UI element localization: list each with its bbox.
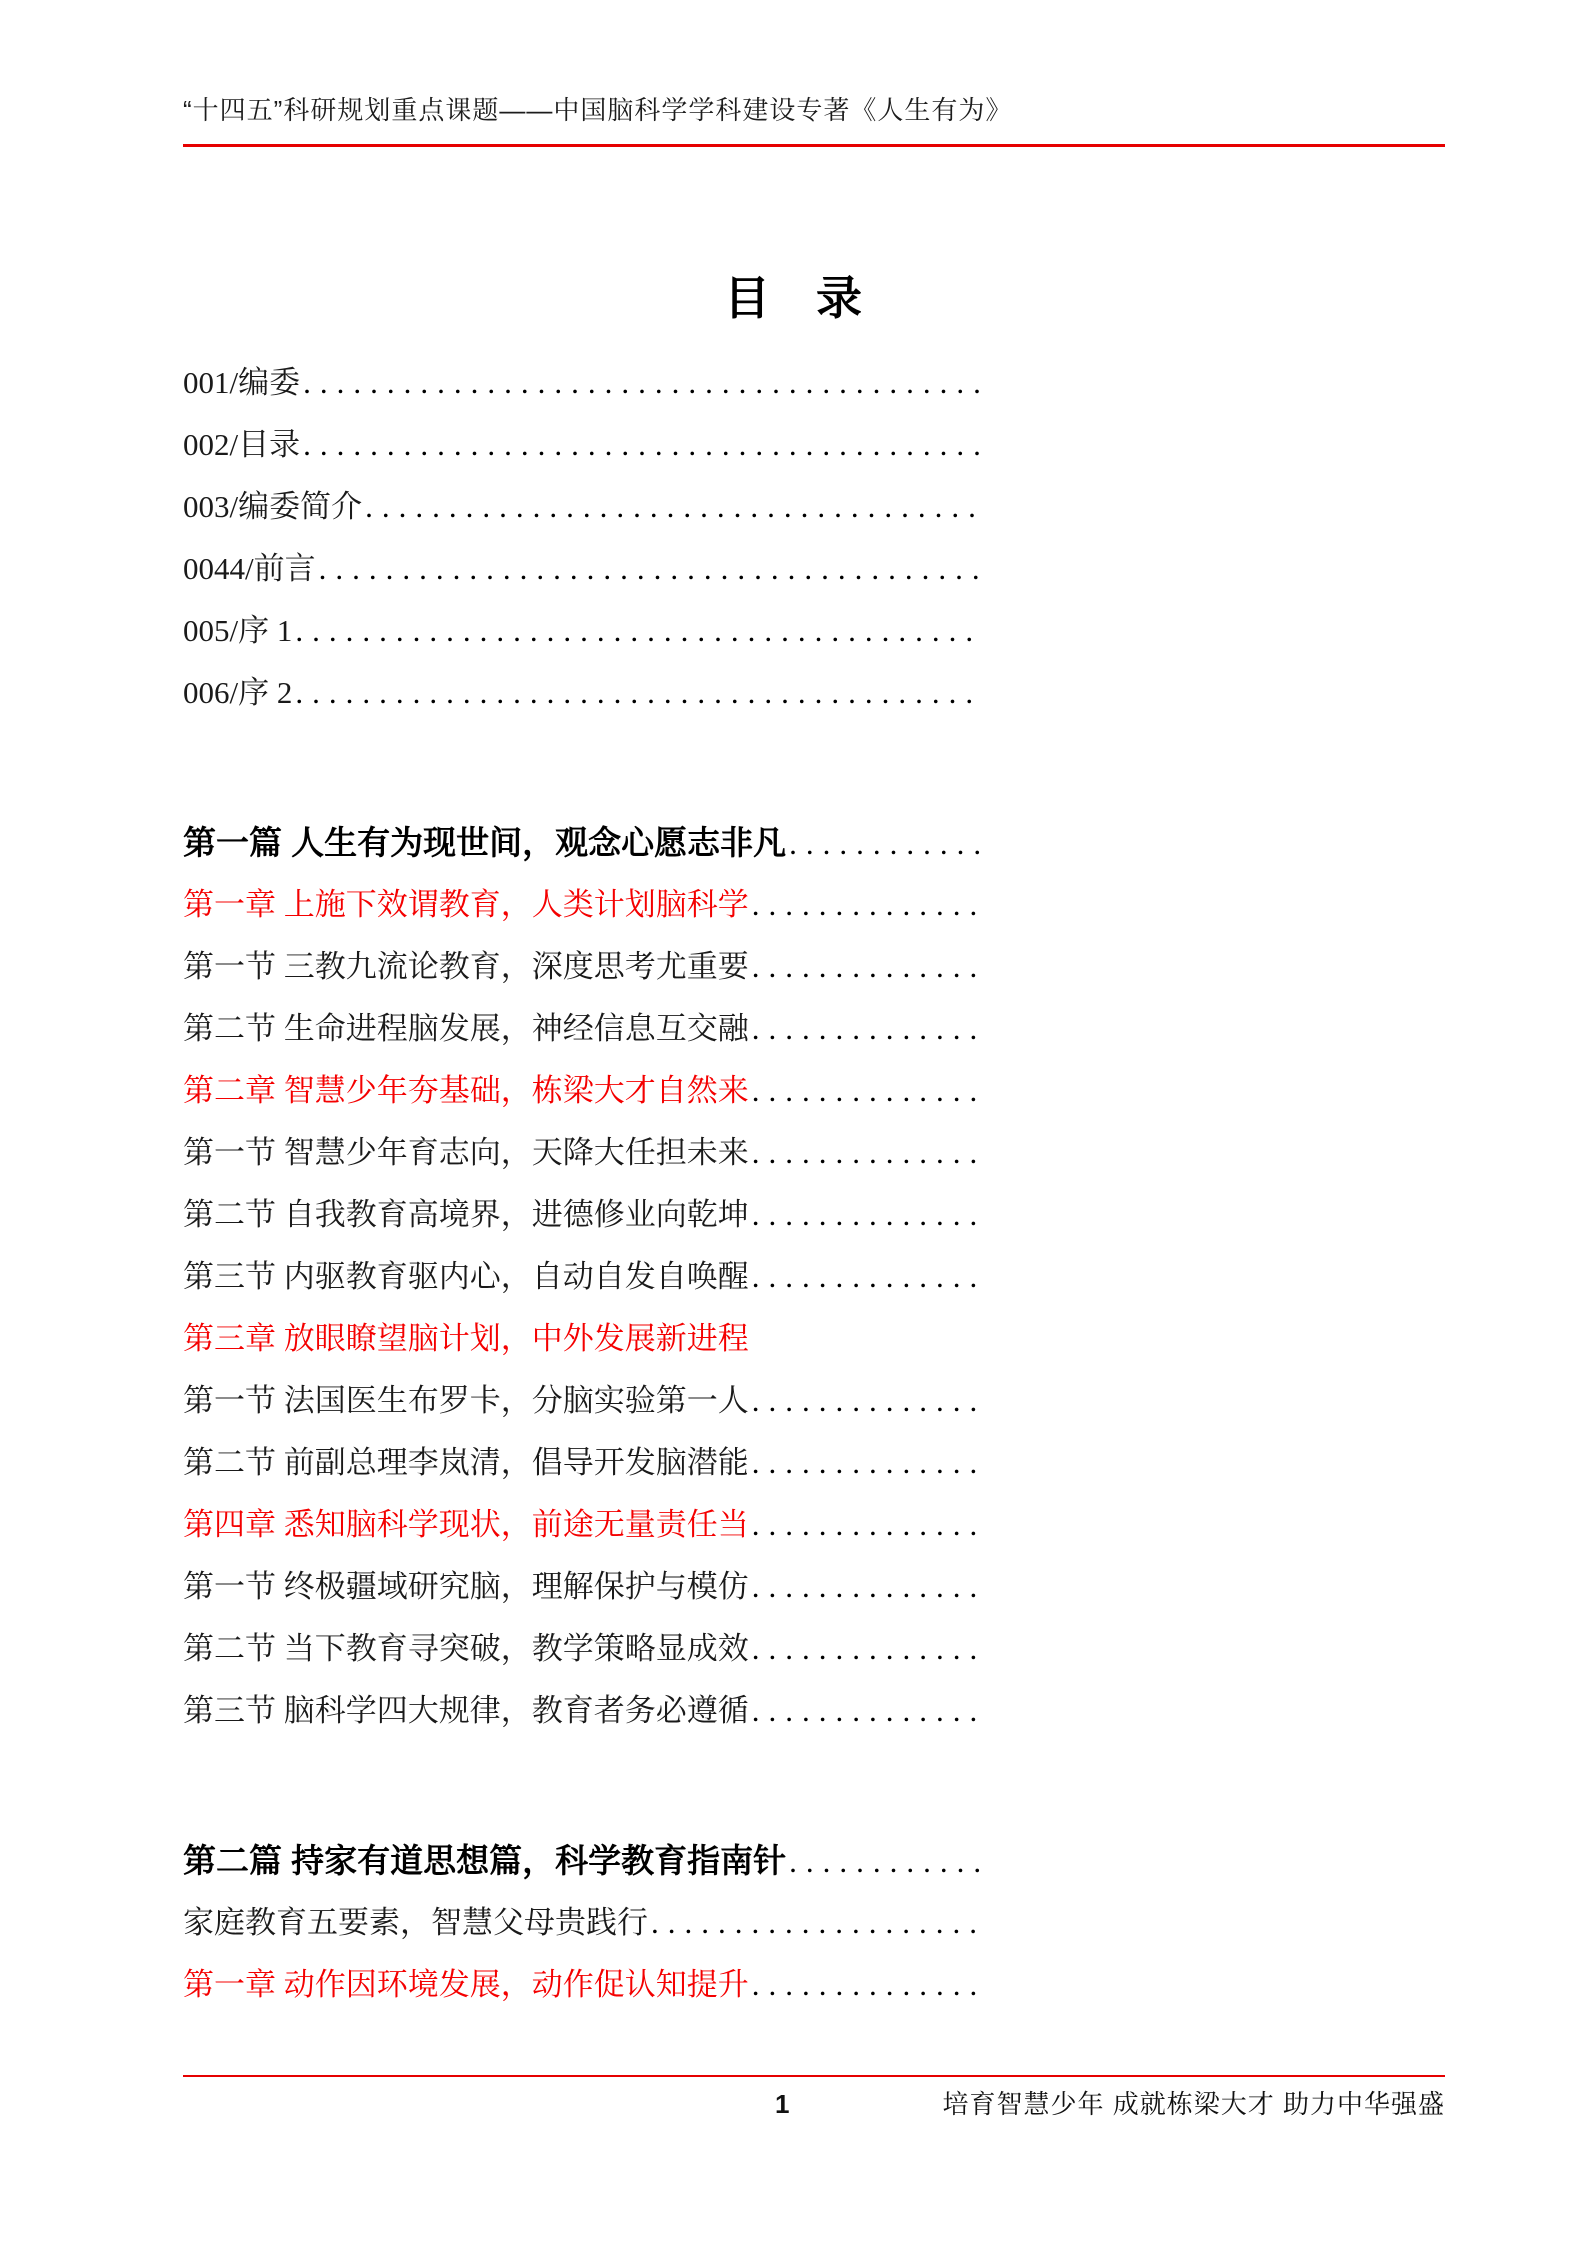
dot-leader: ........................................… [648, 1892, 983, 1954]
page-header: “十四五”科研规划重点课题——中国脑科学学科建设专著《人生有为》 [183, 0, 1445, 147]
toc-entry[interactable]: 003/编委简介................................… [183, 476, 983, 538]
toc-entry-text: 第一节 智慧少年育志向，天降大任担未来 [183, 1122, 749, 1184]
toc-entry-text: 006/序 2 [183, 662, 292, 724]
toc-entry[interactable]: 第三节 脑科学四大规律，教育者务必遵循.....................… [183, 1680, 983, 1742]
dot-leader: ........................................… [749, 1954, 983, 2016]
toc-entry-text: 第四章 悉知脑科学现状，前途无量责任当 [183, 1494, 749, 1556]
toc-entry-text: 第一篇 人生有为现世间，观念心愿志非凡 [183, 812, 786, 874]
toc-entry-text: 002/目录 [183, 414, 300, 476]
toc-entry-text: 第一节 终极疆域研究脑，理解保护与模仿 [183, 1556, 749, 1618]
header-rule [183, 144, 1445, 147]
toc-entry[interactable]: 家庭教育五要素，智慧父母贵践行.........................… [183, 1892, 983, 1954]
toc-entry-text: 第二篇 持家有道思想篇，科学教育指南针 [183, 1830, 786, 1892]
toc-entry[interactable]: 第一节 终极疆域研究脑，理解保护与模仿.....................… [183, 1556, 983, 1618]
toc-entry[interactable]: 005/序 1.................................… [183, 600, 983, 662]
dot-leader: ........................................… [749, 874, 983, 936]
toc-entry[interactable]: 第一章 上施下效谓教育，人类计划脑科学.....................… [183, 874, 983, 936]
toc-entry-text: 第一节 三教九流论教育，深度思考尤重要 [183, 936, 749, 998]
dot-leader: ........................................… [749, 1432, 983, 1494]
dot-leader: ........................................… [749, 1556, 983, 1618]
page-number: 1 [775, 2087, 789, 2121]
toc-entry-text: 005/序 1 [183, 600, 292, 662]
toc-entry[interactable]: 第一篇 人生有为现世间，观念心愿志非凡.....................… [183, 812, 983, 874]
page-footer: 1 培育智慧少年 成就栋梁大才 助力中华强盛 [183, 2075, 1445, 2121]
dot-leader: ........................................… [749, 1060, 983, 1122]
dot-leader: ........................................… [292, 600, 983, 662]
toc-entry-text: 第二节 前副总理李岚清，倡导开发脑潜能 [183, 1432, 749, 1494]
dot-leader: ........................................… [300, 414, 983, 476]
dot-leader: ........................................… [786, 813, 983, 874]
toc-entry[interactable]: 第二节 前副总理李岚清，倡导开发脑潜能.....................… [183, 1432, 983, 1494]
toc-entry[interactable]: 第一节 智慧少年育志向，天降大任担未来.....................… [183, 1122, 983, 1184]
dot-leader: ........................................… [749, 1618, 983, 1680]
dot-leader: ........................................… [300, 352, 983, 414]
toc-entry-text: 第二节 自我教育高境界，进德修业向乾坤 [183, 1184, 749, 1246]
dot-leader: ........................................… [749, 1680, 983, 1742]
dot-leader: ........................................… [749, 1184, 983, 1246]
toc-entry[interactable]: 第二节 当下教育寻突破，教学策略显成效.....................… [183, 1618, 983, 1680]
page-content: 目 录 001/编委..............................… [183, 270, 1445, 2016]
toc-entry-text: 第三章 放眼瞭望脑计划，中外发展新进程 [183, 1308, 749, 1370]
toc-entry-text: 第二章 智慧少年夯基础，栋梁大才自然来 [183, 1060, 749, 1122]
dot-leader: ........................................… [749, 1246, 983, 1308]
toc-entry[interactable]: 第二篇 持家有道思想篇，科学教育指南针.....................… [183, 1830, 983, 1892]
toc-entry-text: 家庭教育五要素，智慧父母贵践行 [183, 1892, 648, 1954]
toc-entry[interactable]: 第一节 法国医生布罗卡，分脑实验第一人.....................… [183, 1370, 983, 1432]
toc-list: 001/编委..................................… [183, 352, 983, 2016]
toc-entry-text: 0044/前言 [183, 538, 316, 600]
toc-entry[interactable]: 0044/前言.................................… [183, 538, 983, 600]
dot-leader: ........................................… [362, 476, 983, 538]
dot-leader: ........................................… [749, 1122, 983, 1184]
toc-entry[interactable]: 第四章 悉知脑科学现状，前途无量责任当.....................… [183, 1494, 983, 1556]
dot-leader: ........................................… [749, 936, 983, 998]
toc-entry[interactable]: 第三节 内驱教育驱内心，自动自发自唤醒.....................… [183, 1246, 983, 1308]
toc-entry[interactable]: 第二节 自我教育高境界，进德修业向乾坤.....................… [183, 1184, 983, 1246]
page-title: 目 录 [183, 270, 1403, 326]
toc-entry[interactable]: 第一节 三教九流论教育，深度思考尤重要.....................… [183, 936, 983, 998]
toc-entry-text: 第一节 法国医生布罗卡，分脑实验第一人 [183, 1370, 749, 1432]
dot-leader: ........................................… [316, 538, 983, 600]
footer-rule [183, 2075, 1445, 2077]
dot-leader: ........................................… [749, 1370, 983, 1432]
toc-entry[interactable]: 002/目录..................................… [183, 414, 983, 476]
toc-entry-text: 第二节 当下教育寻突破，教学策略显成效 [183, 1618, 749, 1680]
toc-entry-text: 第二节 生命进程脑发展，神经信息互交融 [183, 998, 749, 1060]
dot-leader: ........................................… [292, 662, 983, 724]
toc-entry-text: 第三节 内驱教育驱内心，自动自发自唤醒 [183, 1246, 749, 1308]
toc-entry[interactable]: 第二节 生命进程脑发展，神经信息互交融.....................… [183, 998, 983, 1060]
toc-entry-text: 第三节 脑科学四大规律，教育者务必遵循 [183, 1680, 749, 1742]
toc-entry[interactable]: 006/序 2.................................… [183, 662, 983, 724]
toc-entry[interactable]: 第一章 动作因环境发展，动作促认知提升.....................… [183, 1954, 983, 2016]
toc-entry-text: 001/编委 [183, 352, 300, 414]
header-course-title: “十四五”科研规划重点课题——中国脑科学学科建设专著《人生有为》 [183, 0, 1445, 126]
dot-leader: ........................................… [786, 1831, 983, 1892]
dot-leader: ........................................… [749, 998, 983, 1060]
toc-entry[interactable]: 第二章 智慧少年夯基础，栋梁大才自然来.....................… [183, 1060, 983, 1122]
toc-entry-text: 第一章 动作因环境发展，动作促认知提升 [183, 1954, 749, 2016]
toc-entry-text: 003/编委简介 [183, 476, 362, 538]
toc-entry-text: 第一章 上施下效谓教育，人类计划脑科学 [183, 874, 749, 936]
toc-entry[interactable]: 001/编委..................................… [183, 352, 983, 414]
dot-leader: ........................................… [749, 1494, 983, 1556]
footer-slogan: 培育智慧少年 成就栋梁大才 助力中华强盛 [943, 2087, 1445, 2121]
toc-entry[interactable]: 第三章 放眼瞭望脑计划，中外发展新进程 [183, 1308, 983, 1370]
document-page: “十四五”科研规划重点课题——中国脑科学学科建设专著《人生有为》 目 录 001… [0, 0, 1587, 2245]
footer-row: 1 培育智慧少年 成就栋梁大才 助力中华强盛 [183, 2087, 1445, 2121]
